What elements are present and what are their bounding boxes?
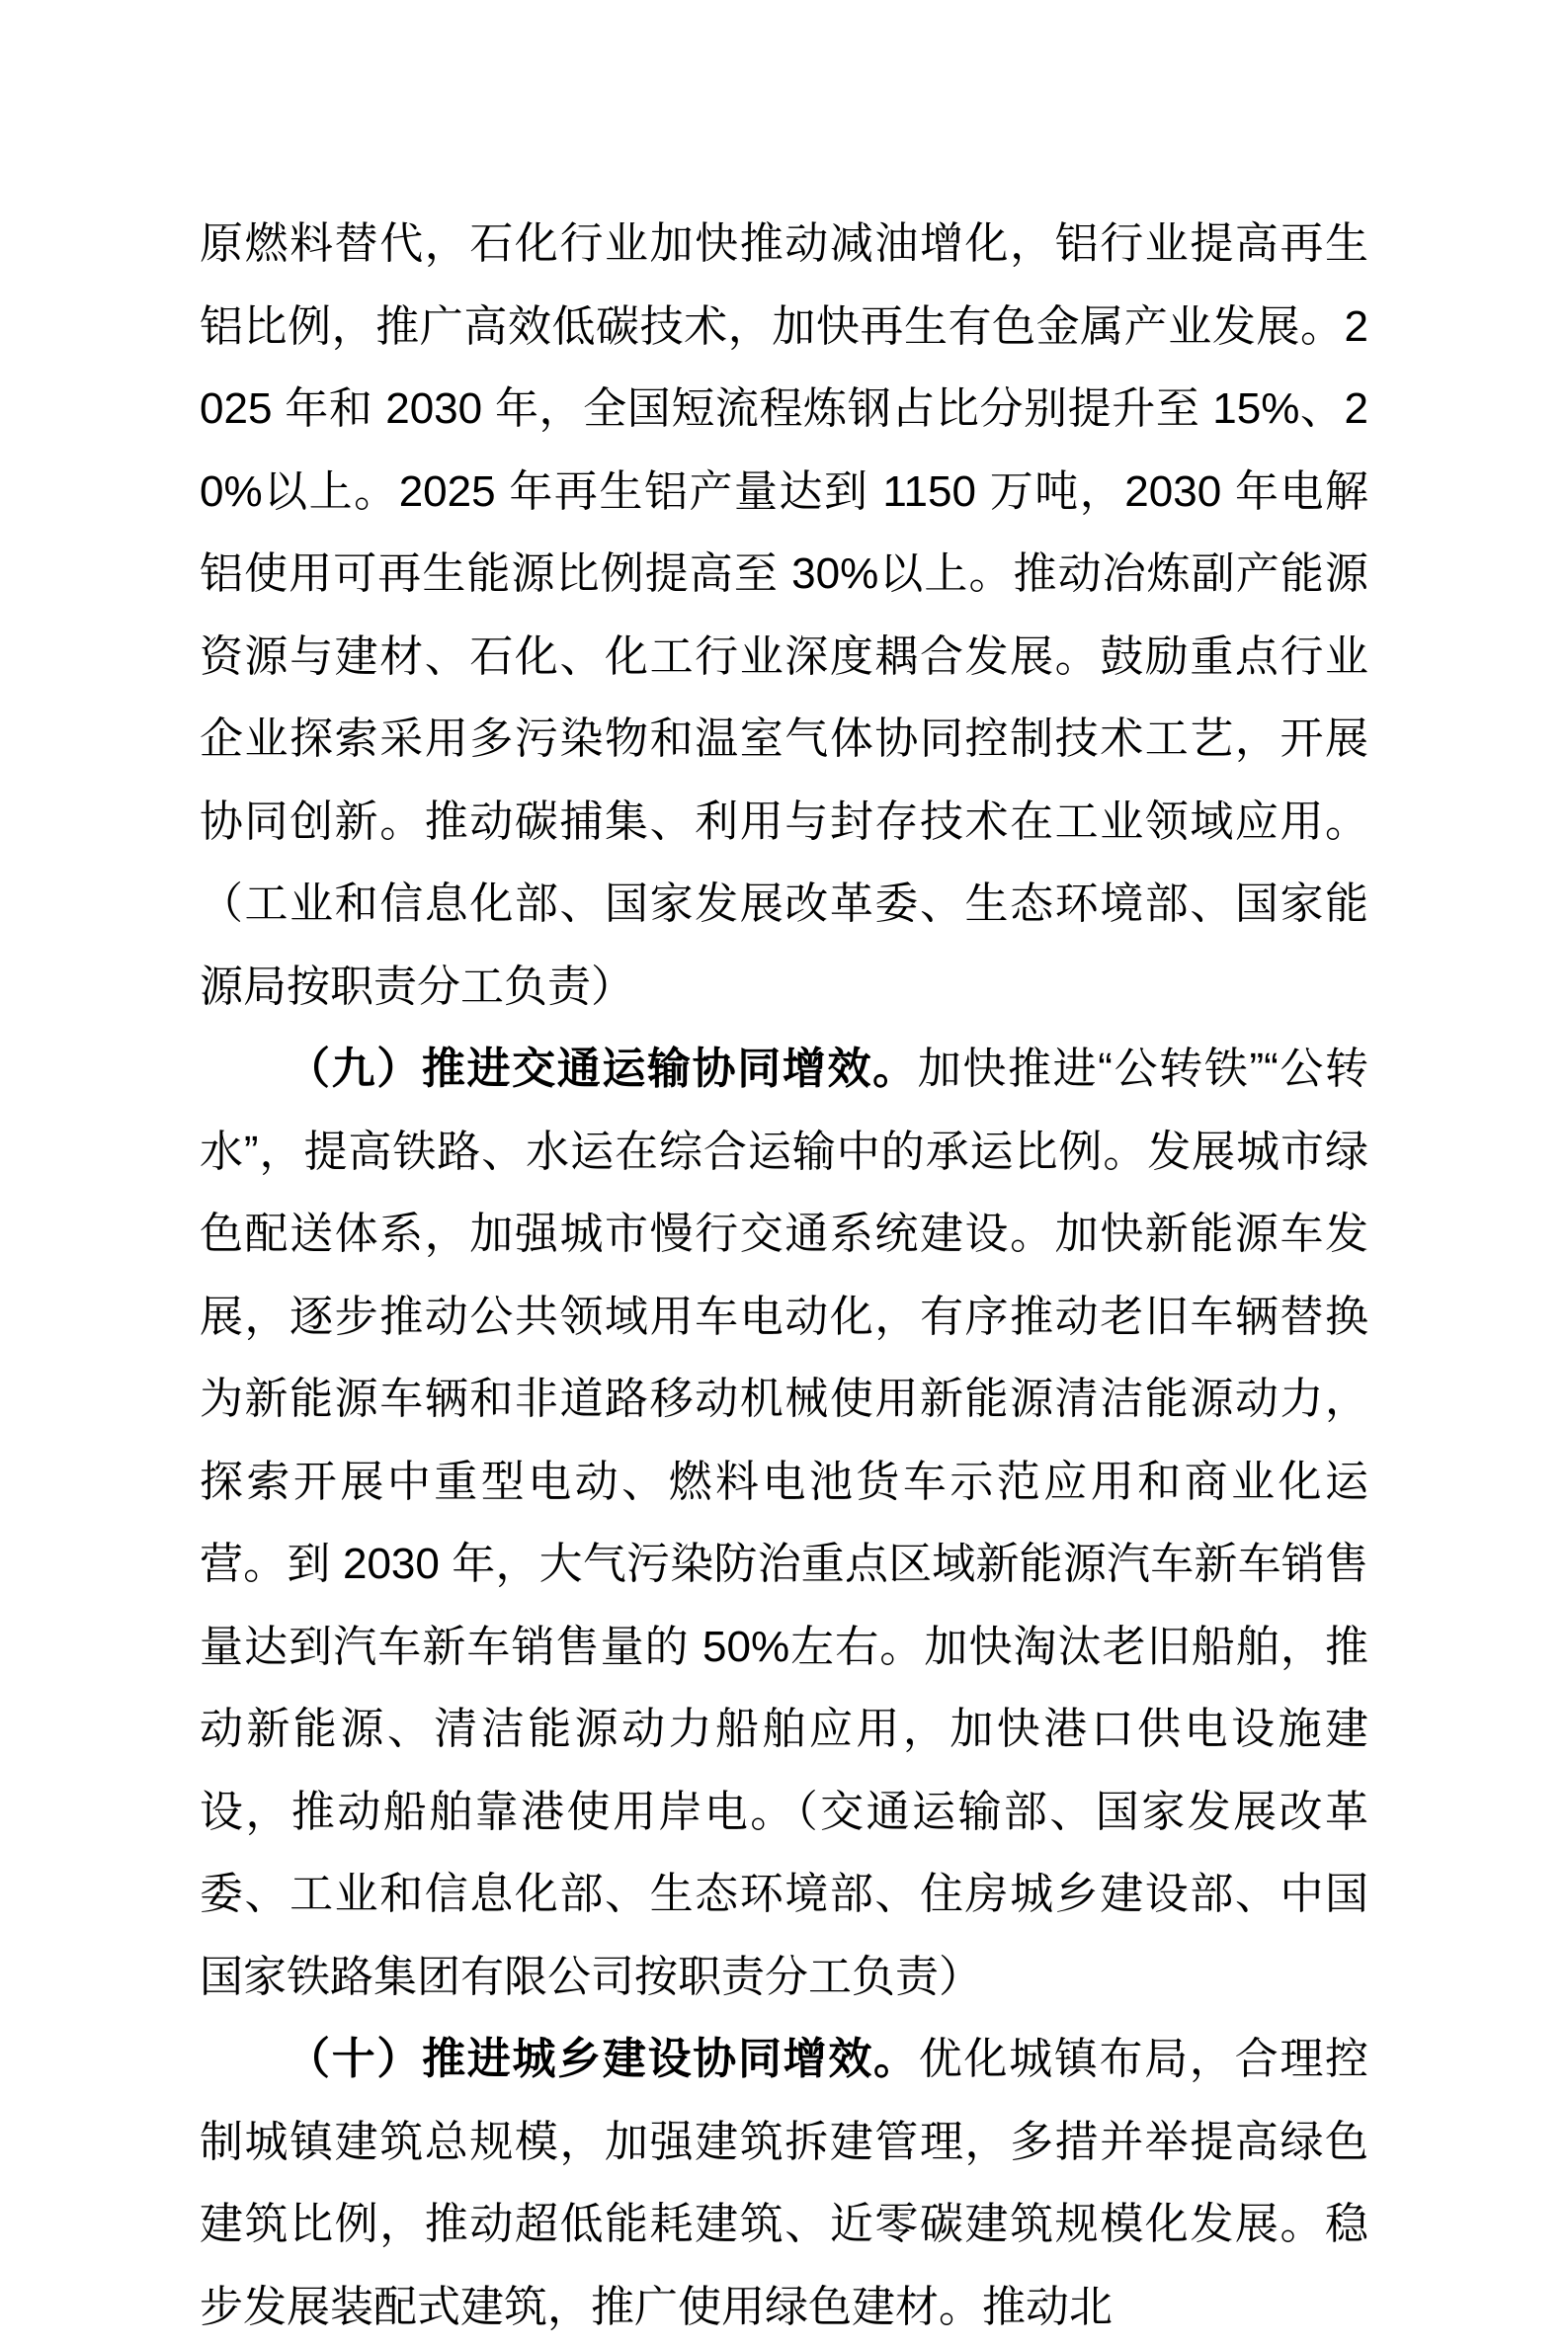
document-page: 原燃料替代，石化行业加快推动减油增化，铝行业提高再生铝比例，推广高效低碳技术，加…: [0, 0, 1568, 2219]
paragraph-industry-continuation-text: 原燃料替代，石化行业加快推动减油增化，铝行业提高再生铝比例，推广高效低碳技术，加…: [200, 219, 1368, 1011]
section-9-body-text: 加快推进“公转铁”“公转水”，提高铁路、水运在综合运输中的承运比例。发展城市绿色…: [200, 1045, 1368, 2001]
paragraph-industry-continuation: 原燃料替代，石化行业加快推动减油增化，铝行业提高再生铝比例，推广高效低碳技术，加…: [200, 203, 1368, 1028]
document-text-block: 原燃料替代，石化行业加快推动减油增化，铝行业提高再生铝比例，推广高效低碳技术，加…: [200, 203, 1368, 2219]
section-10-heading: （十）推进城乡建设协同增效。: [287, 2035, 919, 2083]
section-9-heading: （九）推进交通运输协同增效。: [287, 1045, 918, 1093]
paragraph-section-9-transport: （九）推进交通运输协同增效。加快推进“公转铁”“公转水”，提高铁路、水运在综合运…: [200, 1028, 1368, 2018]
paragraph-section-10-urban-rural: （十）推进城乡建设协同增效。优化城镇布局，合理控制城镇建筑总规模，加强建筑拆建管…: [200, 2018, 1368, 2219]
